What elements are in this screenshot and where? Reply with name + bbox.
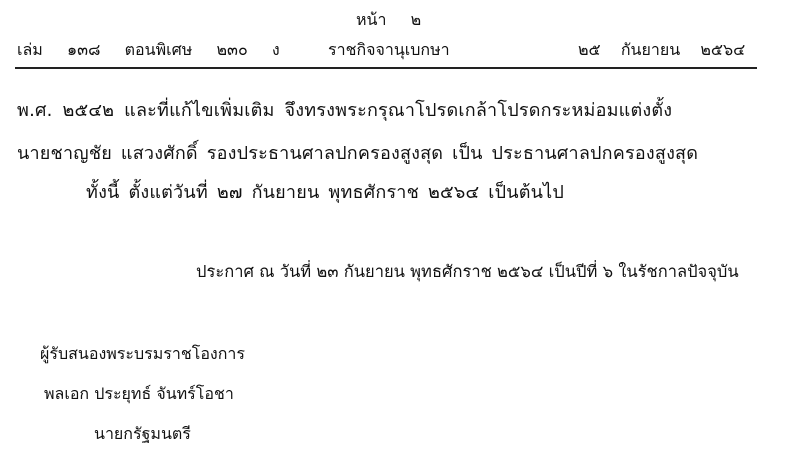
section-label: ตอนพิเศษ	[125, 40, 193, 59]
body-line-1: พ.ศ. ๒๕๔๒ และที่แก้ไขเพิ่มเติม จึงทรงพระ…	[17, 100, 672, 122]
page-number: ๒	[411, 10, 422, 29]
signatory-title: นายกรัฐมนตรี	[94, 424, 191, 444]
signatory-name: พลเอก ประยุทธ์ จันทร์โอชา	[44, 384, 234, 404]
body-line-2: นายชาญชัย แสวงศักดิ์ รองประธานศาลปกครองส…	[17, 143, 698, 165]
body-line-3: ทั้งนี้ ตั้งแต่วันที่ ๒๗ กันยายน พุทธศัก…	[86, 182, 564, 204]
page-label: หน้า	[356, 10, 386, 29]
volume-info: เล่ม ๑๓๘ ตอนพิเศษ ๒๓๐ ง	[17, 40, 280, 60]
countersign-label: ผู้รับสนองพระบรมราชโองการ	[40, 344, 245, 364]
date-day: ๒๕	[578, 40, 601, 59]
date-month: กันยายน	[621, 40, 680, 59]
volume-label: เล่ม	[17, 40, 43, 59]
section-letter: ง	[272, 40, 280, 59]
page-number-line: หน้า ๒	[356, 10, 421, 30]
date-year: ๒๕๖๔	[700, 40, 745, 59]
proclamation-date: ประกาศ ณ วันที่ ๒๓ กันยายน พุทธศักราช ๒๕…	[196, 262, 739, 282]
header-divider	[15, 67, 757, 69]
publication-name: ราชกิจจานุเบกษา	[328, 40, 450, 60]
volume-number: ๑๓๘	[67, 40, 100, 59]
section-number: ๒๓๐	[216, 40, 247, 59]
publication-date: ๒๕ กันยายน ๒๕๖๔	[578, 40, 745, 60]
